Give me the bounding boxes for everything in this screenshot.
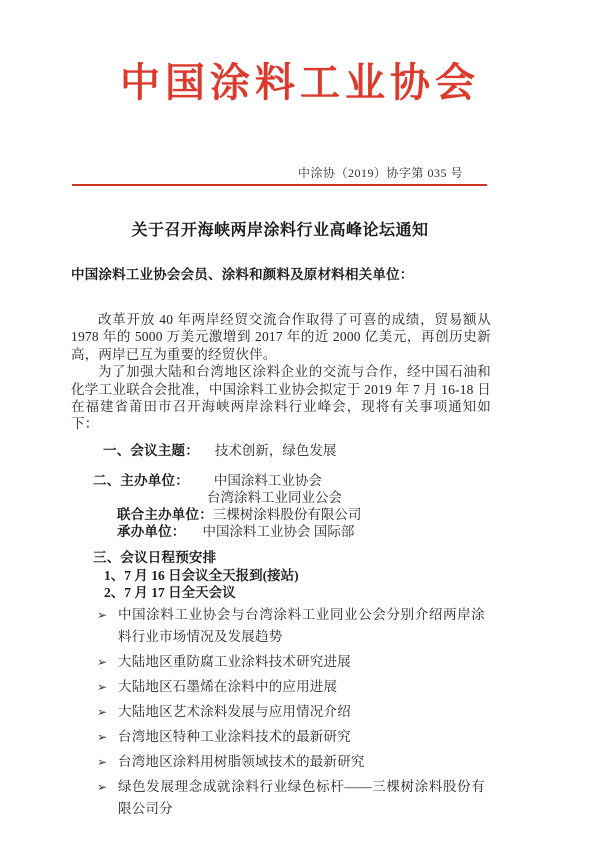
arrowhead-bullet-icon: ➢ bbox=[71, 651, 118, 673]
paragraph-meeting-approval: 为了加强大陆和台湾地区涂料企业的交流与合作，经中国石油和化学工业联合会批准，中国… bbox=[71, 363, 491, 433]
arrowhead-bullet-icon: ➢ bbox=[71, 726, 118, 748]
list-item: ➢ 台湾地区涂料用树脂领域技术的最新研究 bbox=[71, 751, 491, 773]
section-agenda-label: 三、会议日程预安排 bbox=[93, 550, 216, 565]
section-agenda: 三、会议日程预安排 bbox=[71, 549, 491, 566]
organizer-undertaker-label: 承办单位： bbox=[117, 524, 186, 539]
arrowhead-bullet-icon: ➢ bbox=[71, 701, 118, 723]
organizer-undertaker-value: 中国涂料工业协会 国际部 bbox=[203, 524, 355, 539]
organizer-host-1: 中国涂料工业协会 bbox=[214, 473, 322, 488]
scanned-notice-page: 中国涂料工业协会 中涂协（2019）协字第 035 号 关于召开海峡两岸涂料行业… bbox=[0, 0, 600, 851]
organizer-cohost-label: 联合主办单位： bbox=[117, 507, 213, 522]
notice-title: 关于召开海峡两岸涂料行业高峰论坛通知 bbox=[0, 221, 600, 241]
doc-reference-number: 中涂协（2019）协字第 035 号 bbox=[0, 166, 600, 180]
agenda-topic-list: ➢ 中国涂料工业协会与台湾涂料工业同业公会分别介绍两岸涂料行业市场情况及发展趋势… bbox=[71, 604, 491, 820]
intro-paragraphs: 改革开放 40 年两岸经贸交流合作取得了可喜的成绩，贸易额从 1978 年的 5… bbox=[71, 311, 491, 433]
list-item: ➢ 大陆地区重防腐工业涂料技术研究进展 bbox=[71, 651, 491, 673]
section-theme-value: 技术创新，绿色发展 bbox=[215, 443, 337, 458]
list-item: ➢ 中国涂料工业协会与台湾涂料工业同业公会分别介绍两岸涂料行业市场情况及发展趋势 bbox=[71, 604, 491, 648]
organizer-host-2: 台湾涂料工业同业公会 bbox=[71, 489, 491, 506]
organizer-host-label: 二、主办单位： bbox=[93, 473, 189, 488]
salutation-line: 中国涂料工业协会会员、涂料和颜料及原材料相关单位： bbox=[71, 266, 491, 283]
organizer-cohost-line: 联合主办单位：三棵树涂料股份有限公司 bbox=[71, 506, 491, 523]
agenda-day-1: 1、7 月 16 日会议全天报到(接站) bbox=[71, 567, 491, 584]
section-theme-label: 一、会议主题： bbox=[103, 443, 199, 458]
list-item: ➢ 大陆地区石墨烯在涂料中的应用进展 bbox=[71, 676, 491, 698]
arrowhead-bullet-icon: ➢ bbox=[71, 604, 118, 648]
arrowhead-bullet-icon: ➢ bbox=[71, 676, 118, 698]
org-letterhead-title: 中国涂料工业协会 bbox=[0, 60, 600, 106]
arrowhead-bullet-icon: ➢ bbox=[71, 751, 118, 773]
agenda-day-2: 2、7 月 17 日全天会议 bbox=[71, 584, 491, 601]
list-item: ➢ 大陆地区艺术涂料发展与应用情况介绍 bbox=[71, 701, 491, 723]
arrowhead-bullet-icon: ➢ bbox=[71, 776, 118, 820]
list-item: ➢ 绿色发展理念成就涂料行业绿色标杆——三棵树涂料股份有限公司分 bbox=[71, 776, 491, 820]
section-organizers: 二、主办单位：中国涂料工业协会 台湾涂料工业同业公会 联合主办单位：三棵树涂料股… bbox=[71, 472, 491, 540]
letterhead-divider-rule bbox=[72, 184, 487, 186]
agenda-day-items: 1、7 月 16 日会议全天报到(接站) 2、7 月 17 日全天会议 bbox=[71, 567, 491, 601]
list-item: ➢ 台湾地区特种工业涂料技术的最新研究 bbox=[71, 726, 491, 748]
organizer-undertaker-line: 承办单位：中国涂料工业协会 国际部 bbox=[71, 523, 491, 540]
organizer-cohost-value: 三棵树涂料股份有限公司 bbox=[213, 507, 362, 522]
notice-body: 中国涂料工业协会会员、涂料和颜料及原材料相关单位： 改革开放 40 年两岸经贸交… bbox=[71, 266, 491, 820]
organizer-host-line: 二、主办单位：中国涂料工业协会 bbox=[71, 472, 491, 489]
section-theme: 一、会议主题：技术创新，绿色发展 bbox=[71, 442, 491, 459]
paragraph-trade-growth: 改革开放 40 年两岸经贸交流合作取得了可喜的成绩，贸易额从 1978 年的 5… bbox=[71, 311, 491, 363]
